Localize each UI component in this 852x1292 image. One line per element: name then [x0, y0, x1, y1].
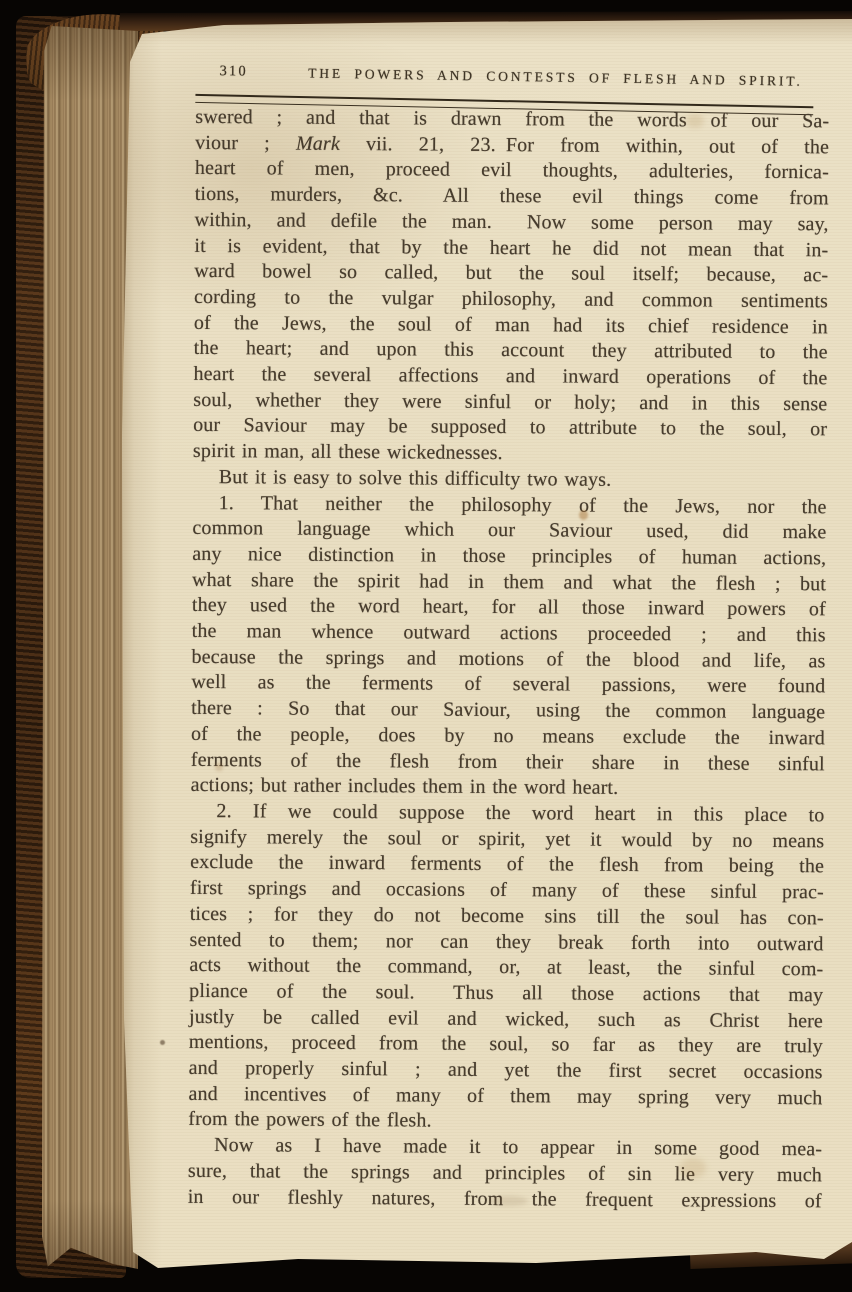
body-line: But it is easy to solve this difficulty … — [193, 465, 827, 495]
page-header: 310 THE POWERS AND CONTESTS OF FLESH AND… — [119, 61, 829, 95]
body-line: swered ; and that is drawn from the word… — [195, 105, 829, 135]
body-line: within, and defile the man. Now some per… — [194, 208, 828, 238]
page-number: 310 — [219, 63, 248, 80]
body-line: heart the several affections and inward … — [193, 362, 827, 392]
body-line: sure, that the springs and principles of… — [188, 1159, 822, 1189]
book-scan-photo: 310 THE POWERS AND CONTESTS OF FLESH AND… — [0, 0, 852, 1292]
body-line: pliance of the soul. Thus all those acti… — [189, 979, 823, 1009]
body-line: any nice distinction in those principles… — [192, 542, 826, 572]
body-text: swered ; and that is drawn from the word… — [188, 105, 830, 1215]
body-line: 2. If we could suppose the word heart in… — [190, 799, 824, 829]
page-content: 310 THE POWERS AND CONTESTS OF FLESH AND… — [111, 17, 852, 1278]
body-line: of the people, does by no means exclude … — [191, 722, 825, 752]
book-page: 310 THE POWERS AND CONTESTS OF FLESH AND… — [120, 18, 852, 1274]
body-line: and properly sinful ; and yet the first … — [189, 1056, 823, 1086]
body-line: tices ; for they do not become sins till… — [190, 902, 824, 932]
body-line: in our fleshly natures, from the frequen… — [188, 1184, 822, 1214]
running-title: THE POWERS AND CONTESTS OF FLESH AND SPI… — [277, 65, 833, 90]
body-line: cording to the vulgar philosophy, and co… — [194, 285, 828, 315]
